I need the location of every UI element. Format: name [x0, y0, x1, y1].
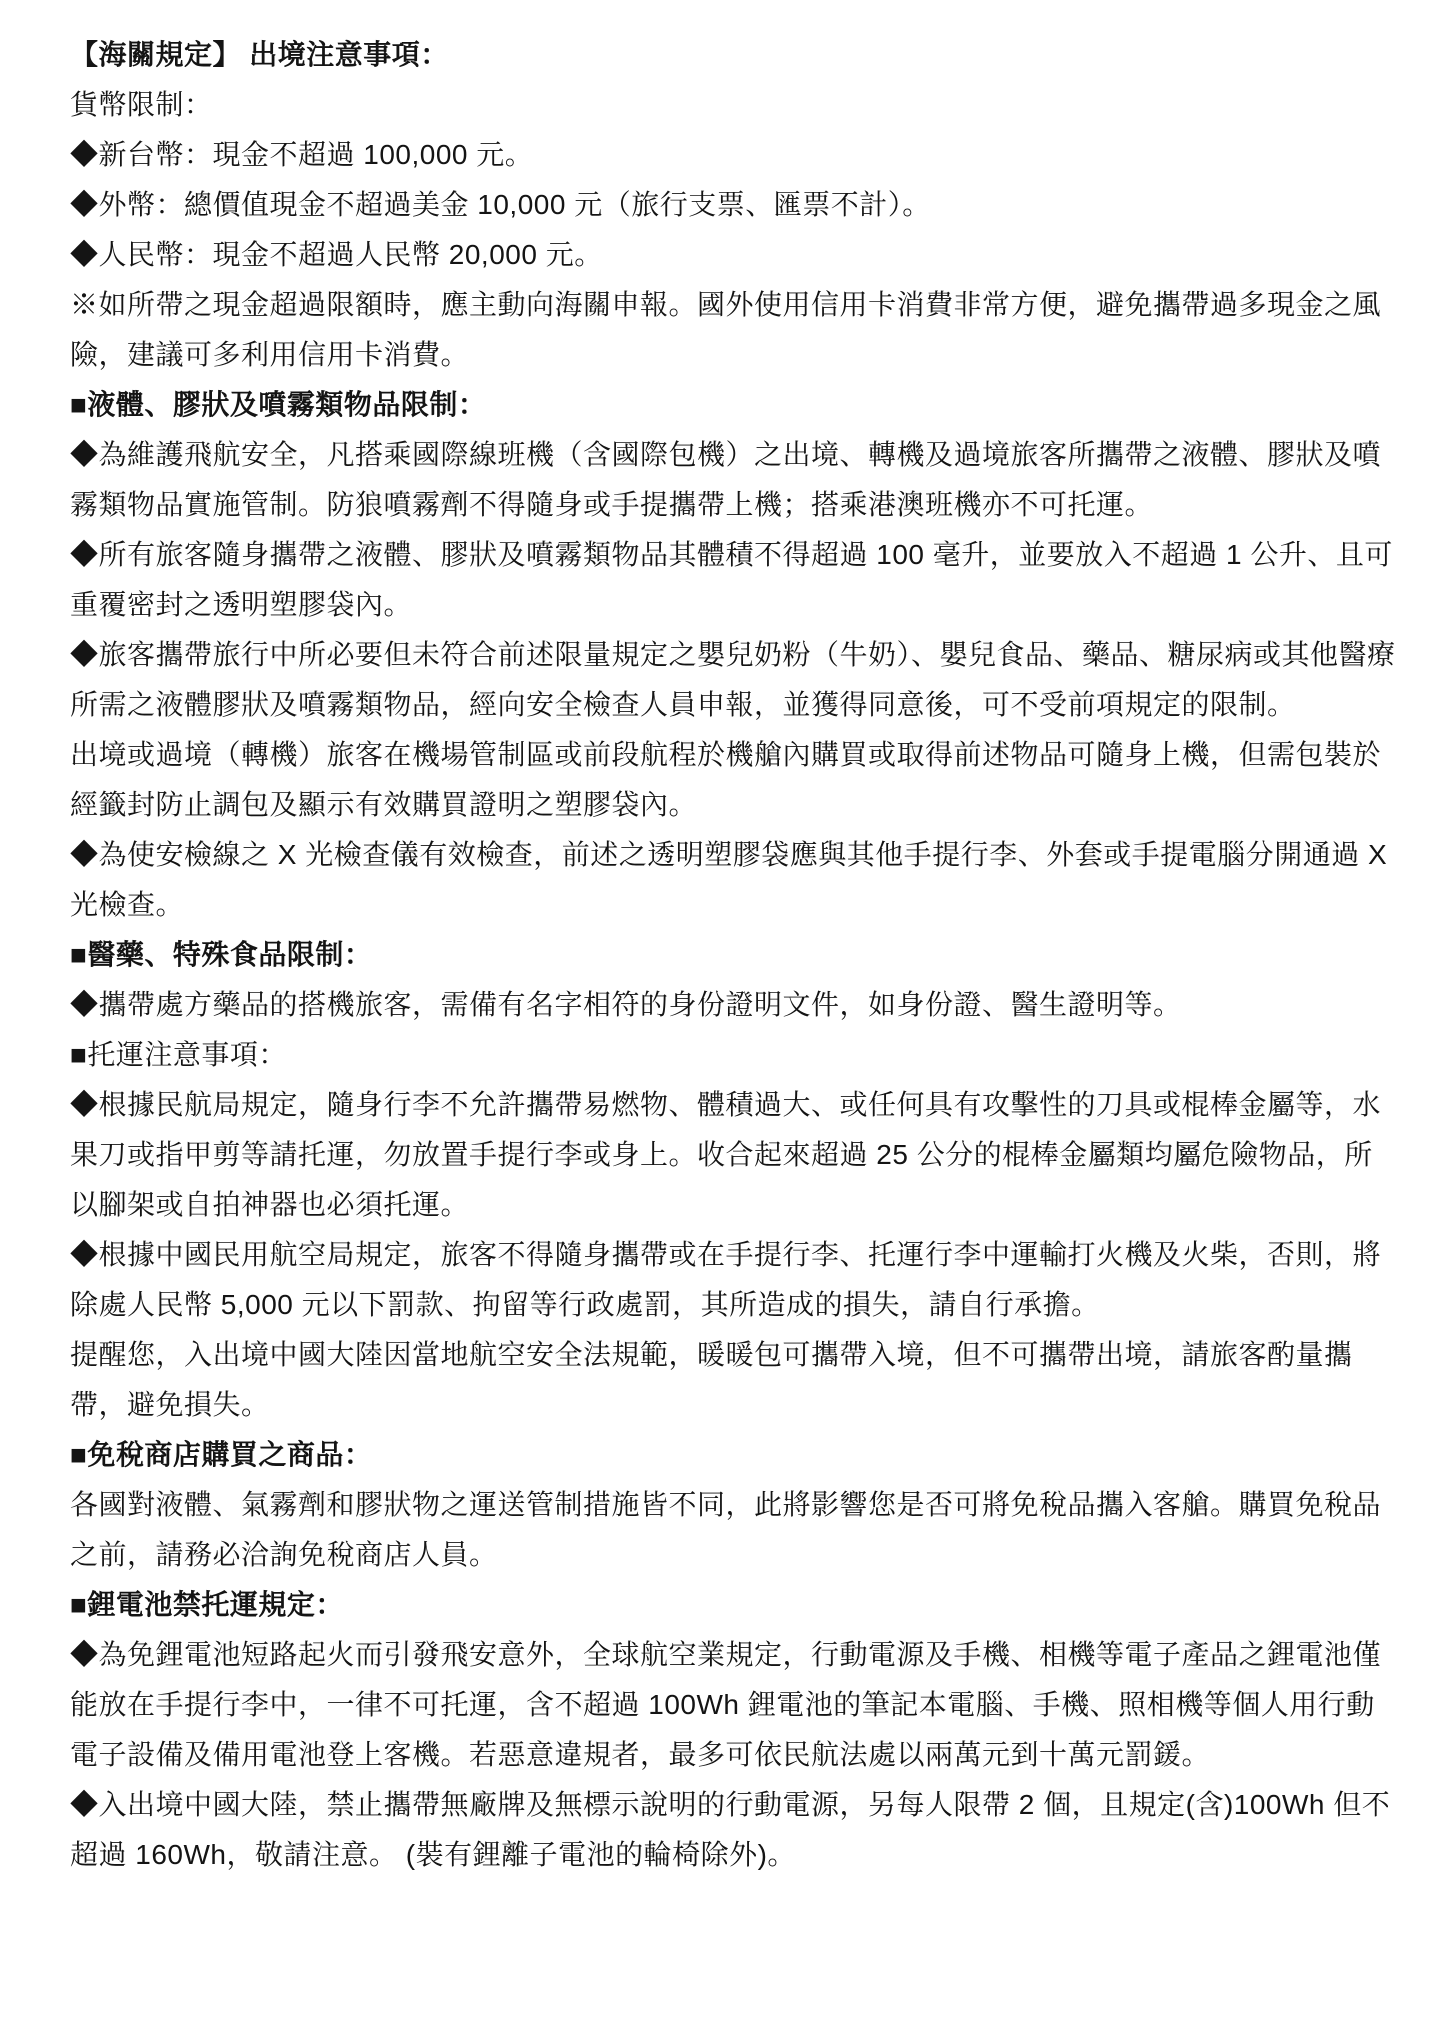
notice-paragraph: 提醒您，入出境中國大陸因當地航空安全法規範，暖暖包可攜帶入境，但不可攜帶出境，請…: [70, 1330, 1396, 1430]
notice-paragraph: 貨幣限制：: [70, 80, 1396, 130]
notice-paragraph: ◆為維護飛航安全，凡搭乘國際線班機（含國際包機）之出境、轉機及過境旅客所攜帶之液…: [70, 430, 1396, 530]
notice-paragraph: ◆根據民航局規定，隨身行李不允許攜帶易燃物、體積過大、或任何具有攻擊性的刀具或棍…: [70, 1080, 1396, 1230]
notice-paragraph: ◆為免鋰電池短路起火而引發飛安意外，全球航空業規定，行動電源及手機、相機等電子產…: [70, 1630, 1396, 1780]
section-heading: ■液體、膠狀及噴霧類物品限制：: [70, 380, 1396, 430]
notice-paragraph: 各國對液體、氣霧劑和膠狀物之運送管制措施皆不同，此將影響您是否可將免稅品攜入客艙…: [70, 1480, 1396, 1580]
document-title: 【海關規定】 出境注意事項：: [70, 30, 1396, 80]
notice-paragraph: ◆攜帶處方藥品的搭機旅客，需備有名字相符的身份證明文件，如身份證、醫生證明等。: [70, 980, 1396, 1030]
notice-paragraph: ◆新台幣：現金不超過 100,000 元。: [70, 130, 1396, 180]
notice-paragraph: ◆外幣：總價值現金不超過美金 10,000 元（旅行支票、匯票不計）。: [70, 180, 1396, 230]
section-heading: ■免稅商店購買之商品：: [70, 1430, 1396, 1480]
notice-paragraph: 出境或過境（轉機）旅客在機場管制區或前段航程於機艙內購買或取得前述物品可隨身上機…: [70, 730, 1396, 830]
notice-paragraph: ◆為使安檢線之 X 光檢查儀有效檢查，前述之透明塑膠袋應與其他手提行李、外套或手…: [70, 830, 1396, 930]
section-heading: ■醫藥、特殊食品限制：: [70, 930, 1396, 980]
notice-paragraph: ■托運注意事項：: [70, 1030, 1396, 1080]
notice-paragraph-list: 【海關規定】 出境注意事項：貨幣限制：◆新台幣：現金不超過 100,000 元。…: [70, 30, 1396, 1880]
customs-notice-document: 【海關規定】 出境注意事項：貨幣限制：◆新台幣：現金不超過 100,000 元。…: [0, 0, 1440, 2036]
notice-paragraph: ◆旅客攜帶旅行中所必要但未符合前述限量規定之嬰兒奶粉（牛奶）、嬰兒食品、藥品、糖…: [70, 630, 1396, 730]
section-heading: ■鋰電池禁托運規定：: [70, 1580, 1396, 1630]
notice-paragraph: ◆入出境中國大陸，禁止攜帶無廠牌及無標示說明的行動電源，另每人限帶 2 個，且規…: [70, 1780, 1396, 1880]
notice-paragraph: ◆根據中國民用航空局規定，旅客不得隨身攜帶或在手提行李、托運行李中運輸打火機及火…: [70, 1230, 1396, 1330]
notice-paragraph: ◆人民幣：現金不超過人民幣 20,000 元。: [70, 230, 1396, 280]
notice-paragraph: ◆所有旅客隨身攜帶之液體、膠狀及噴霧類物品其體積不得超過 100 毫升，並要放入…: [70, 530, 1396, 630]
notice-paragraph: ※如所帶之現金超過限額時，應主動向海關申報。國外使用信用卡消費非常方便，避免攜帶…: [70, 280, 1396, 380]
